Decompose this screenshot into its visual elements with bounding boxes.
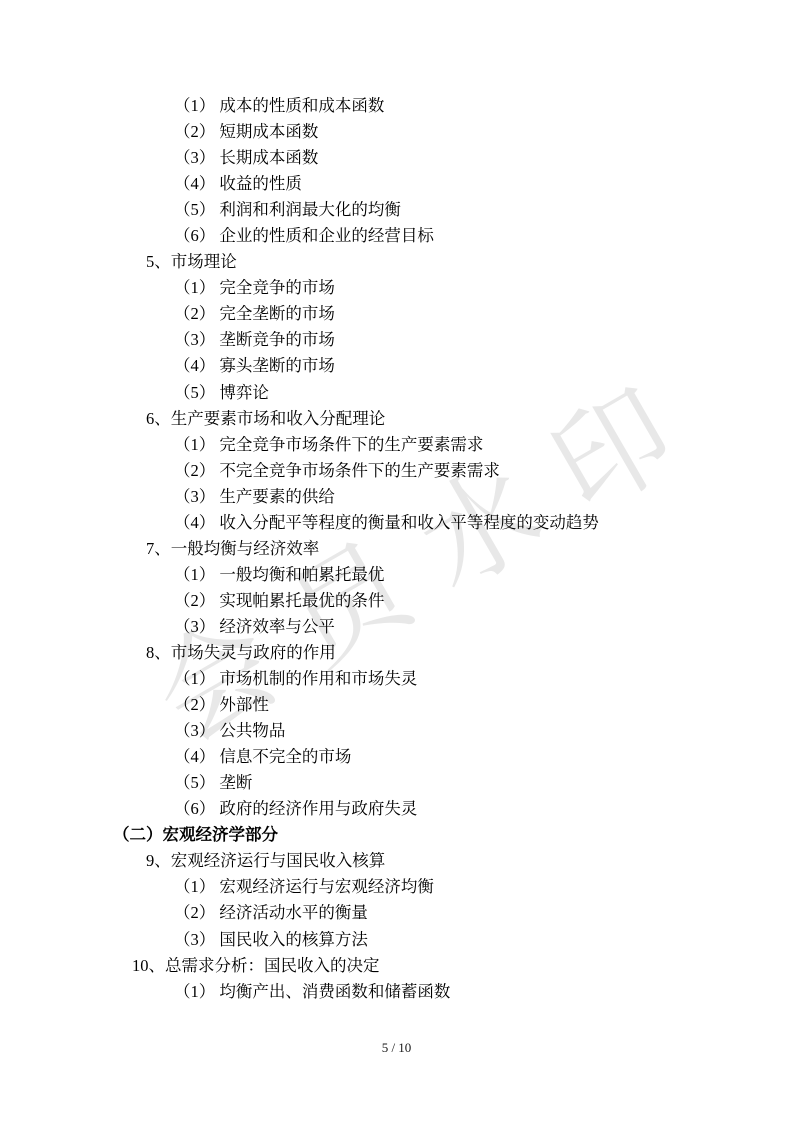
document-line: （3） 国民收入的核算方法 — [0, 927, 793, 953]
document-line: （3） 经济效率与公平 — [0, 614, 793, 640]
document-body: （1） 成本的性质和成本函数（2） 短期成本函数（3） 长期成本函数（4） 收益… — [0, 93, 793, 1005]
document-line: （6） 政府的经济作用与政府失灵 — [0, 796, 793, 822]
document-line: （2） 实现帕累托最优的条件 — [0, 588, 793, 614]
document-line: （4） 寡头垄断的市场 — [0, 353, 793, 379]
document-line: 5、市场理论 — [0, 249, 793, 275]
document-line: 7、一般均衡与经济效率 — [0, 536, 793, 562]
document-line: （2） 外部性 — [0, 692, 793, 718]
document-line: （3） 生产要素的供给 — [0, 484, 793, 510]
document-line: （1） 成本的性质和成本函数 — [0, 93, 793, 119]
page-number: 5 / 10 — [0, 1040, 793, 1056]
document-line: （2） 短期成本函数 — [0, 119, 793, 145]
document-line: （5） 利润和利润最大化的均衡 — [0, 197, 793, 223]
document-line: （3） 长期成本函数 — [0, 145, 793, 171]
document-line: （4） 收益的性质 — [0, 171, 793, 197]
document-line: （5） 博弈论 — [0, 380, 793, 406]
document-line: （1） 完全竞争的市场 — [0, 275, 793, 301]
document-line: （4） 收入分配平等程度的衡量和收入平等程度的变动趋势 — [0, 510, 793, 536]
document-line: （5） 垄断 — [0, 770, 793, 796]
document-line: （二）宏观经济学部分 — [0, 822, 793, 848]
document-line: （1） 市场机制的作用和市场失灵 — [0, 666, 793, 692]
document-line: 8、市场失灵与政府的作用 — [0, 640, 793, 666]
document-page: 会员水印 （1） 成本的性质和成本函数（2） 短期成本函数（3） 长期成本函数（… — [0, 0, 793, 1122]
document-line: 6、生产要素市场和收入分配理论 — [0, 406, 793, 432]
document-line: 9、宏观经济运行与国民收入核算 — [0, 848, 793, 874]
document-line: 10、总需求分析：国民收入的决定 — [0, 953, 793, 979]
document-line: （3） 公共物品 — [0, 718, 793, 744]
document-line: （1） 完全竞争市场条件下的生产要素需求 — [0, 432, 793, 458]
document-line: （2） 不完全竞争市场条件下的生产要素需求 — [0, 458, 793, 484]
document-line: （2） 完全垄断的市场 — [0, 301, 793, 327]
document-line: （3） 垄断竞争的市场 — [0, 327, 793, 353]
document-line: （4） 信息不完全的市场 — [0, 744, 793, 770]
document-line: （1） 一般均衡和帕累托最优 — [0, 562, 793, 588]
document-line: （2） 经济活动水平的衡量 — [0, 900, 793, 926]
document-line: （1） 宏观经济运行与宏观经济均衡 — [0, 874, 793, 900]
document-line: （1） 均衡产出、消费函数和储蓄函数 — [0, 979, 793, 1005]
document-line: （6） 企业的性质和企业的经营目标 — [0, 223, 793, 249]
